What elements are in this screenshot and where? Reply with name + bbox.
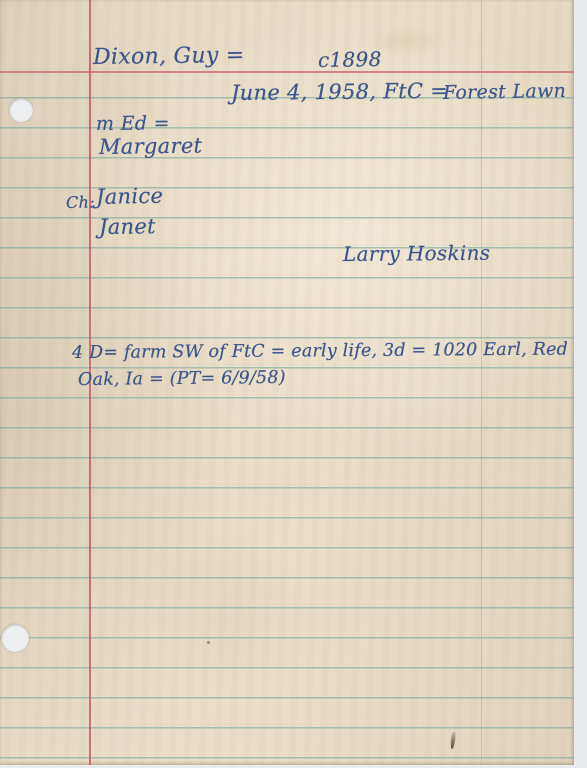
handwriting-children-label: Ch: (66, 192, 95, 212)
handwriting-note-line-1: 4 D= farm SW of FtC = early life, 3d = 1… (72, 340, 568, 363)
handwriting-note-line-2: Oak, Ia = (PT= 6/9/58) (78, 368, 286, 390)
handwriting-child-1: Janice (96, 184, 164, 209)
punch-hole-top (9, 98, 33, 122)
ink-speck (207, 641, 210, 644)
scanned-document: Dixon, Guy = c1898 June 4, 1958, FtC = F… (0, 0, 587, 768)
handwriting-marriage-line: m Ed = (96, 112, 170, 135)
handwriting-informant: Larry Hoskins (343, 241, 491, 266)
handwriting-child-2: Janet (99, 214, 156, 239)
punch-hole-bottom (1, 624, 29, 652)
handwriting-birth-circa: c1898 (318, 47, 382, 72)
handwriting-death-date: June 4, 1958, FtC = (231, 79, 448, 105)
right-margin-line (481, 0, 482, 765)
notebook-paper: Dixon, Guy = c1898 June 4, 1958, FtC = F… (0, 0, 574, 765)
handwriting-burial-place: Forest Lawn (443, 80, 566, 104)
handwriting-spouse-name: Margaret (99, 134, 203, 159)
handwriting-name-line: Dixon, Guy = (93, 43, 245, 70)
top-margin-line (0, 71, 574, 73)
